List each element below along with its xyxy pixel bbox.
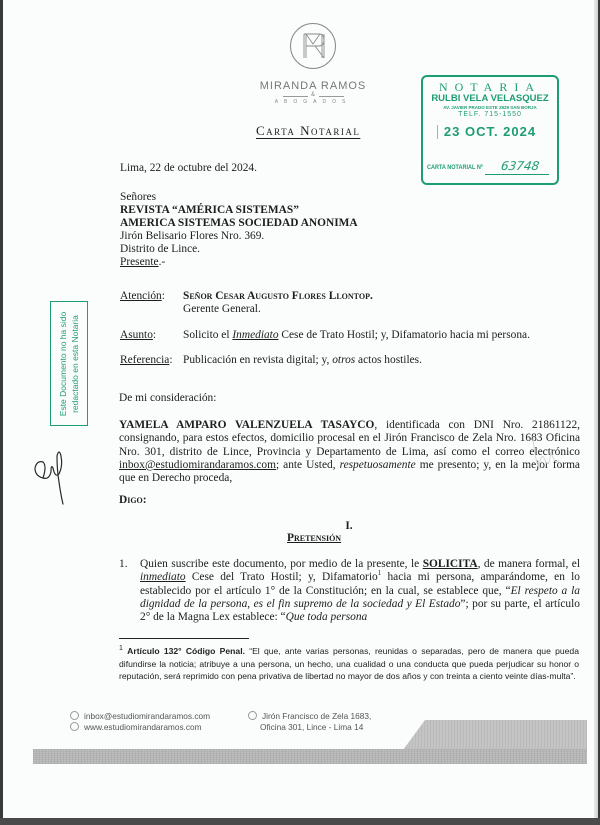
mr-monogram-icon <box>289 22 337 70</box>
stamp-carta-number: 63748 <box>500 159 540 173</box>
referencia-value: Publicación en revista digital; y, otros… <box>183 354 422 367</box>
stamp-notary-name: RULBI VELA VELASQUEZ <box>423 93 557 104</box>
footer-website: www.estudiomirandaramos.com <box>70 722 202 733</box>
stamp-address: AV. JAVIER PRADO ESTE 2829 SAN BORJA <box>423 105 557 110</box>
referencia-label: Referencia: <box>120 354 173 367</box>
firm-ampersand: & <box>253 92 373 98</box>
recipient-1: REVISTA “AMÉRICA SISTEMAS” <box>120 204 299 217</box>
stamp-carta-label: CARTA NOTARIAL Nº <box>427 164 483 171</box>
faint-initials <box>523 430 573 480</box>
footer-decoration <box>403 720 587 750</box>
section-title: Pretensión <box>287 532 341 545</box>
footer-email: inbox@estudiomirandaramos.com <box>70 711 210 722</box>
asunto-value: Solicito el Inmediato Cese de Trato Host… <box>183 329 530 342</box>
asunto-label: Asunto: <box>120 329 156 342</box>
side-stamp-text: Este Documento no ha sido redactado en e… <box>57 311 81 415</box>
place-date: Lima, 22 de octubre del 2024. <box>120 162 257 175</box>
recipient-2: AMERICA SISTEMAS SOCIEDAD ANONIMA <box>120 217 358 230</box>
notary-stamp: NOTARIA RULBI VELA VELASQUEZ AV. JAVIER … <box>421 75 559 185</box>
intro-email-link[interactable]: inbox@estudiomirandaramos.com <box>119 459 276 471</box>
scan-edge <box>0 818 600 825</box>
presente: Presente.- <box>120 256 165 269</box>
atencion-role: Gerente General. <box>183 303 261 316</box>
email-icon <box>70 711 79 720</box>
footer-band <box>33 749 587 764</box>
footer-address: Jirón Francisco de Zela 1683, <box>248 711 371 722</box>
salutation: Señores <box>120 191 156 204</box>
greeting: De mi consideración: <box>119 392 216 405</box>
item-1-number: 1. <box>119 558 128 570</box>
handwritten-initials <box>29 438 99 508</box>
globe-icon <box>70 722 79 731</box>
firm-name: MIRANDA RAMOS <box>253 80 373 92</box>
atencion-label: Atención: <box>120 290 165 303</box>
letter-page: MIRANDA RAMOS & ABOGADOS NOTARIA RULBI V… <box>3 0 598 820</box>
intro-paragraph: YAMELA AMPARO VALENZUELA TASAYCO, identi… <box>119 419 580 485</box>
location-icon <box>248 711 257 720</box>
logo-divider <box>319 96 344 97</box>
footnote-separator <box>119 638 249 639</box>
document-title: Carta Notarial <box>256 123 360 139</box>
atencion-value: Señor Cesar Augusto Flores Llontop. <box>183 290 373 303</box>
footer-address-2: Oficina 301, Lince - Lima 14 <box>260 722 363 733</box>
stamp-date: 23 OCT. 2024 <box>423 124 557 139</box>
recipient-address-1: Jirón Belisario Flores Nro. 369. <box>120 230 264 243</box>
side-notary-stamp: Este Documento no ha sido redactado en e… <box>50 301 88 426</box>
item-1-text: Quien suscribe este documento, por medio… <box>140 558 580 624</box>
stamp-number-line <box>485 174 549 175</box>
firm-subtitle: ABOGADOS <box>253 99 373 105</box>
recipient-address-2: Distrito de Lince. <box>120 243 200 256</box>
digo-heading: Digo: <box>119 494 147 507</box>
stamp-phone: TELF. 715-1550 <box>423 111 557 118</box>
footnote: 1 Artículo 132° Código Penal. “El que, a… <box>119 645 579 683</box>
